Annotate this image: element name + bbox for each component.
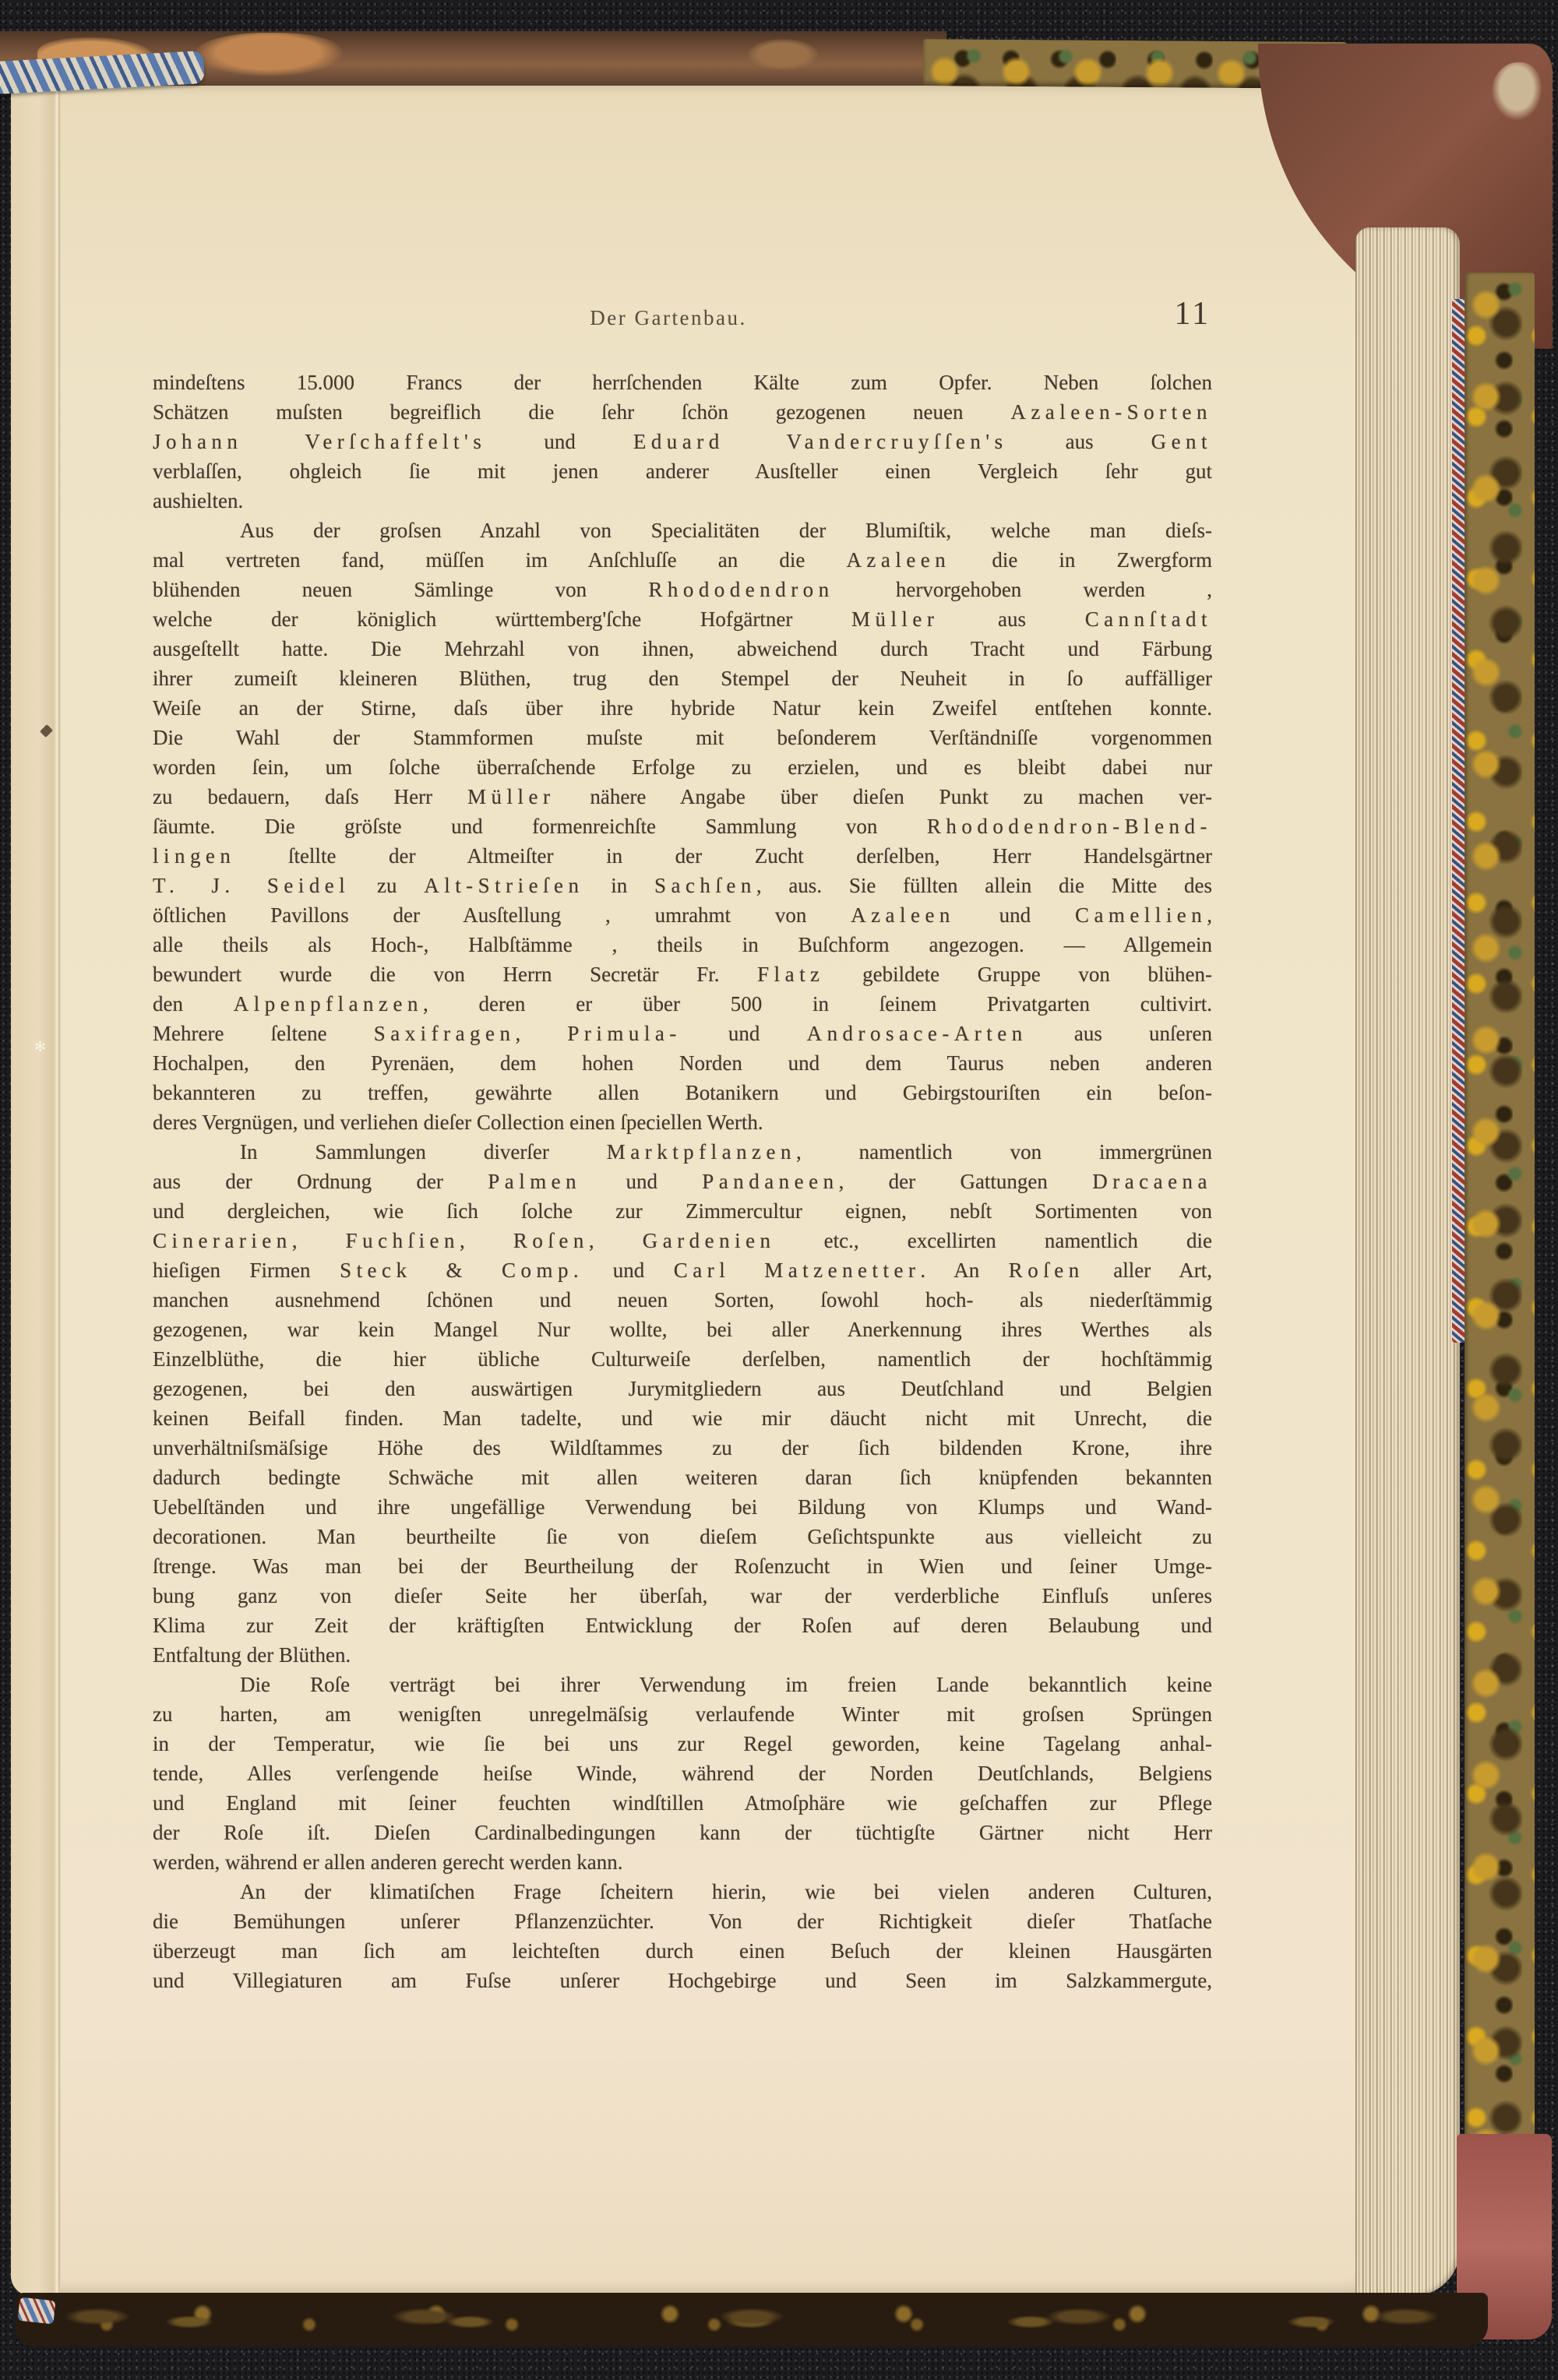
letterspaced-name: Marktpflanzen bbox=[607, 1140, 796, 1164]
text-line: decorationen. Man beurtheilte ſie von di… bbox=[153, 1522, 1212, 1551]
letterspaced-name: Müller bbox=[467, 785, 555, 808]
text-line: aushielten. bbox=[153, 486, 1212, 516]
bottom-headband bbox=[18, 2297, 56, 2325]
text-line: ausgeſtellt hatte. Die Mehrzahl von ihne… bbox=[153, 634, 1212, 664]
letterspaced-name: Primula- bbox=[567, 1022, 681, 1045]
page-gutter-fold bbox=[11, 76, 61, 2296]
text-line: alle theils als Hoch-, Halbſtämme , thei… bbox=[153, 930, 1212, 959]
text-line: und England mit ſeiner feuchten windſtil… bbox=[153, 1788, 1212, 1818]
text-line: deres Vergnügen, und verliehen dieſer Co… bbox=[153, 1107, 1212, 1137]
letterspaced-name: Roſen bbox=[1009, 1259, 1084, 1282]
text-line: werden, während er allen anderen gerecht… bbox=[153, 1847, 1212, 1877]
text-line: ſtrenge. Was man bei der Beurtheilung de… bbox=[153, 1551, 1212, 1581]
letterspaced-name: Rhododendron bbox=[648, 578, 834, 601]
text-line: Uebelſtänden und ihre ungefällige Verwen… bbox=[153, 1492, 1212, 1522]
letterspaced-name: Camellien bbox=[1075, 903, 1207, 927]
text-line: zu harten, am wenigſten unregelmäſsig ve… bbox=[153, 1699, 1212, 1729]
text-line: den Alpenpflanzen, deren er über 500 in … bbox=[153, 989, 1212, 1019]
text-line: die Bemühungen unſerer Pflanzenzüchter. … bbox=[153, 1906, 1212, 1936]
leather-worn-patch bbox=[195, 33, 343, 76]
text-line: bewundert wurde die von Herrn Secretär F… bbox=[153, 959, 1212, 989]
text-line: überzeugt man ſich am leichteſten durch … bbox=[153, 1936, 1212, 1966]
text-line: Klima zur Zeit der kräftigſten Entwicklu… bbox=[153, 1611, 1212, 1640]
text-line: worden ſein, um ſolche überraſchende Erf… bbox=[153, 752, 1212, 782]
text-line: aus der Ordnung der Palmen und Pandaneen… bbox=[153, 1167, 1212, 1196]
text-line: manchen ausnehmend ſchönen und neuen Sor… bbox=[153, 1285, 1212, 1315]
body-text: mindeſtens 15.000 Francs der herrſchende… bbox=[153, 368, 1212, 1995]
text-line: Entfaltung der Blüthen. bbox=[153, 1640, 1212, 1670]
letterspaced-name: Johann Verſchaffelt's bbox=[153, 430, 486, 453]
letterspaced-name: Cannſtadt bbox=[1085, 607, 1212, 631]
page-header: Der Gartenbau. 11 bbox=[153, 302, 1212, 338]
letterspaced-name: Cinerarien bbox=[153, 1229, 292, 1252]
text-line: Die Wahl der Stammformen muſste mit beſo… bbox=[153, 723, 1212, 752]
text-line: und dergleichen, wie ſich ſolche zur Zim… bbox=[153, 1196, 1212, 1226]
text-line: ſäumte. Die gröſste und formenreichſte S… bbox=[153, 812, 1212, 841]
letterspaced-name: Azaleen bbox=[846, 548, 950, 572]
running-title: Der Gartenbau. bbox=[139, 302, 1198, 333]
letterspaced-name: T. J. Seidel bbox=[153, 874, 350, 897]
leather-worn-patch bbox=[748, 39, 818, 70]
page-edges bbox=[1355, 227, 1460, 2296]
text-line: und Villegiaturen am Fuſse unſerer Hochg… bbox=[153, 1966, 1212, 1995]
letterspaced-name: Alt-Strieſen bbox=[424, 874, 583, 897]
text-line: mal vertreten fand, müſſen im Anſchluſſe… bbox=[153, 545, 1212, 575]
marbled-paper-fore-edge bbox=[1465, 273, 1535, 2165]
text-line: gezogenen, bei den auswärtigen Jurymitgl… bbox=[153, 1374, 1212, 1403]
text-line: An der klimatiſchen Frage ſcheitern hier… bbox=[153, 1877, 1212, 1906]
text-line: der Roſe iſt. Dieſen Cardinalbedingungen… bbox=[153, 1818, 1212, 1847]
letterspaced-name: Steck & Comp. bbox=[340, 1259, 583, 1282]
text-line: blühenden neuen Sämlinge von Rhododendro… bbox=[153, 575, 1212, 604]
text-line: T. J. Seidel zu Alt-Strieſen in Sachſen,… bbox=[153, 871, 1212, 900]
letterspaced-name: Gent bbox=[1151, 430, 1212, 453]
text-line: Weiſe an der Stirne, daſs über ihre hybr… bbox=[153, 693, 1212, 723]
text-line: ihrer zumeiſt kleineren Blüthen, trug de… bbox=[153, 664, 1212, 693]
letterspaced-name: Androsace-Arten bbox=[807, 1022, 1028, 1045]
text-line: Mehrere ſeltene Saxifragen, Primula- und… bbox=[153, 1019, 1212, 1048]
text-line: Johann Verſchaffelt's und Eduard Vanderc… bbox=[153, 427, 1212, 456]
text-line: Hochalpen, den Pyrenäen, dem hohen Norde… bbox=[153, 1048, 1212, 1078]
letterspaced-name: Carl Matzenetter bbox=[674, 1259, 921, 1282]
letterspaced-name: Gardenien bbox=[643, 1229, 776, 1252]
text-line: unverhältniſsmäſsige Höhe des Wildſtamme… bbox=[153, 1433, 1212, 1463]
page-number: 11 bbox=[1175, 296, 1211, 332]
book-scan: ✻ Der Gartenbau. 11 mindeſtens 15.000 Fr… bbox=[0, 0, 1558, 2380]
text-line: gezogenen, war kein Mangel Nur wollte, b… bbox=[153, 1315, 1212, 1344]
letterspaced-name: Müller bbox=[851, 607, 939, 631]
book-page: ✻ Der Gartenbau. 11 mindeſtens 15.000 Fr… bbox=[11, 76, 1396, 2296]
letterspaced-name: lingen bbox=[153, 844, 235, 868]
letterspaced-name: Rhododendron-Blend- bbox=[927, 815, 1212, 838]
text-line: bekannteren zu treffen, gewährte allen B… bbox=[153, 1078, 1212, 1107]
page-crease-mark: ✻ bbox=[34, 1040, 47, 1053]
letterspaced-name: Alpenpflanzen bbox=[234, 992, 423, 1016]
letterspaced-name: Pandaneen bbox=[702, 1170, 838, 1193]
text-line: Cinerarien, Fuchſien, Roſen, Gardenien e… bbox=[153, 1226, 1212, 1255]
text-line: in der Temperatur, wie ſie bei uns zur R… bbox=[153, 1729, 1212, 1759]
letterspaced-name: Palmen bbox=[488, 1170, 581, 1193]
letterspaced-name: Saxifragen bbox=[374, 1022, 516, 1045]
text-line: welche der königlich württemberg'ſche Ho… bbox=[153, 604, 1212, 634]
text-line: hieſigen Firmen Steck & Comp. und Carl M… bbox=[153, 1255, 1212, 1285]
book-cover-bottom-edge bbox=[16, 2293, 1488, 2346]
letterspaced-name: Roſen bbox=[513, 1229, 589, 1252]
text-line: In Sammlungen diverſer Marktpflanzen, na… bbox=[153, 1137, 1212, 1167]
text-line: tende, Alles verſengende heiſse Winde, w… bbox=[153, 1759, 1212, 1788]
letterspaced-name: Azaleen bbox=[851, 903, 955, 927]
text-line: Aus der groſsen Anzahl von Specialitäten… bbox=[153, 516, 1212, 545]
text-line: dadurch bedingte Schwäche mit allen weit… bbox=[153, 1463, 1212, 1492]
text-line: bung ganz von dieſer Seite her überſah, … bbox=[153, 1581, 1212, 1611]
letterspaced-name: Flatz bbox=[757, 963, 824, 986]
text-line: mindeſtens 15.000 Francs der herrſchende… bbox=[153, 368, 1212, 397]
text-line: öſtlichen Pavillons der Ausſtellung , um… bbox=[153, 900, 1212, 930]
text-line: Die Roſe verträgt bei ihrer Verwendung i… bbox=[153, 1670, 1212, 1699]
letterspaced-name: Dracaena bbox=[1092, 1170, 1212, 1193]
letterspaced-name: Eduard Vandercruyſſen's bbox=[633, 430, 1008, 453]
text-line: lingen ſtellte der Altmeiſter in der Zuc… bbox=[153, 841, 1212, 871]
letterspaced-name: Azaleen-Sorten bbox=[1010, 400, 1212, 424]
text-line: keinen Beifall finden. Man tadelte, und … bbox=[153, 1403, 1212, 1433]
text-line: Einzelblüthe, die hier übliche Culturwei… bbox=[153, 1344, 1212, 1374]
letterspaced-name: Fuchſien bbox=[346, 1229, 460, 1252]
text-line: verblaſſen, ohgleich ſie mit jenen ander… bbox=[153, 456, 1212, 486]
letterspaced-name: Sachſen bbox=[654, 874, 756, 897]
leather-worn-corner bbox=[1492, 62, 1542, 120]
bookmark-cord bbox=[1452, 299, 1465, 1343]
text-line: zu bedauern, daſs Herr Müller nähere Ang… bbox=[153, 782, 1212, 812]
text-line: Schätzen muſsten begreiflich die ſehr ſc… bbox=[153, 397, 1212, 427]
